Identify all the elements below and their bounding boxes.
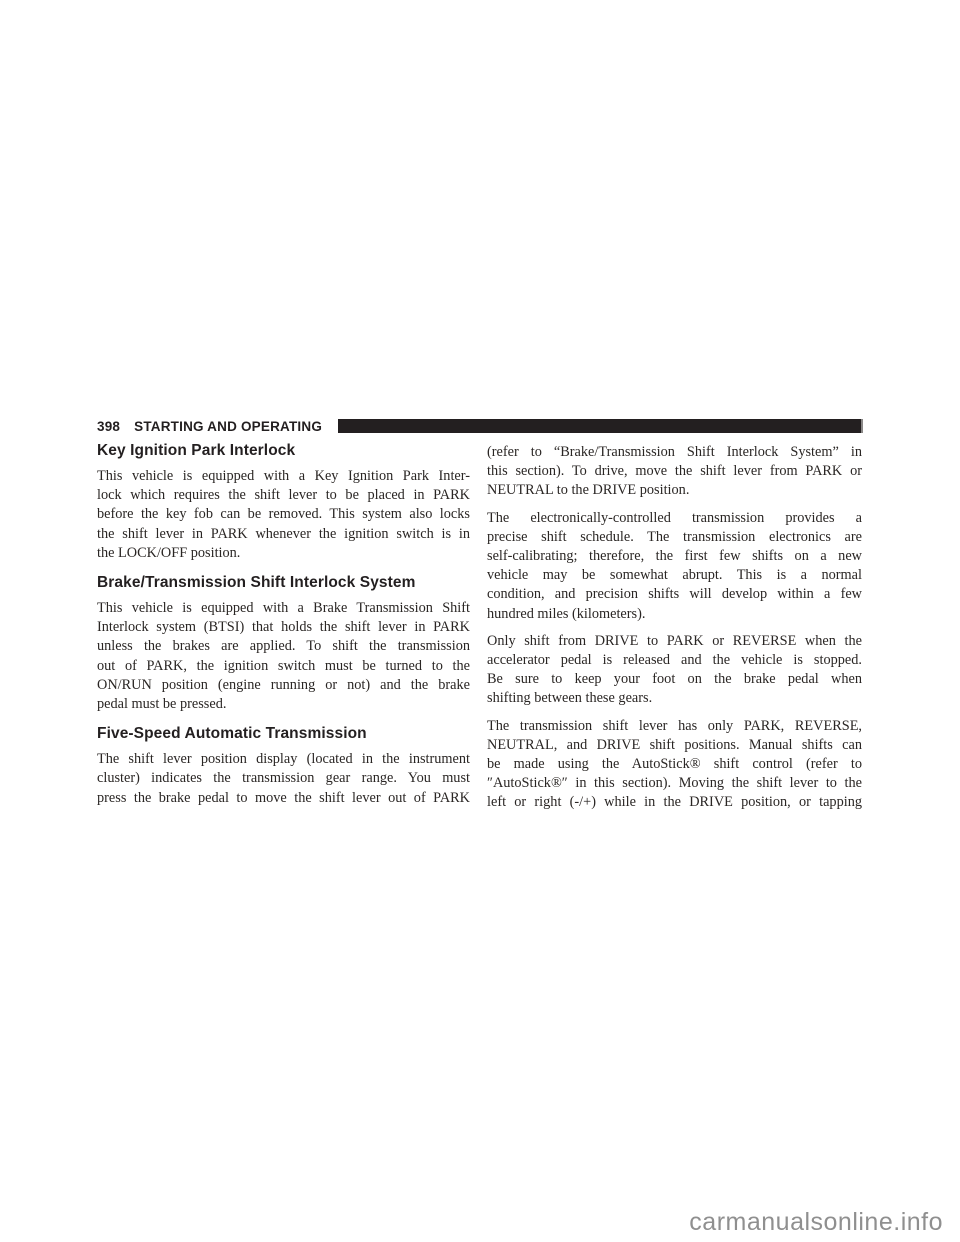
paragraph: (refer to “Brake/Transmission Shift Inte… [487, 443, 862, 501]
text-line: (refer to “Brake/Transmission Shift Inte… [487, 443, 862, 462]
section-title: STARTING AND OPERATING [134, 419, 322, 434]
text-line: ″AutoStick®″ in this section). Moving th… [487, 774, 862, 793]
text-line: out of PARK, the ignition switch must be… [97, 657, 470, 676]
section-heading: Five-Speed Automatic Transmission [97, 724, 470, 743]
text-line: accelerator pedal is released and the ve… [487, 651, 862, 670]
watermark-text: carmanualsonline.info [689, 1208, 943, 1237]
text-line: cluster) indicates the transmission gear… [97, 769, 470, 788]
text-line: left or right (-/+) while in the DRIVE p… [487, 793, 862, 812]
text-line: lock which requires the shift lever to b… [97, 486, 470, 505]
page-number: 398 [97, 419, 120, 434]
text-line: unless the brakes are applied. To shift … [97, 637, 470, 656]
text-line: Interlock system (BTSI) that holds the s… [97, 618, 470, 637]
text-line: NEUTRAL to the DRIVE position. [487, 481, 862, 500]
text-line: vehicle may be somewhat abrupt. This is … [487, 566, 862, 585]
text-line: Only shift from DRIVE to PARK or REVERSE… [487, 632, 862, 651]
text-line: precise shift schedule. The transmission… [487, 528, 862, 547]
text-line: the shift lever in PARK whenever the ign… [97, 525, 470, 544]
paragraph: The shift lever position display (locate… [97, 750, 470, 808]
text-line: the LOCK/OFF position. [97, 544, 470, 563]
text-line: press the brake pedal to move the shift … [97, 789, 470, 808]
paragraph: The transmission shift lever has only PA… [487, 717, 862, 813]
paragraph: This vehicle is equipped with a Key Igni… [97, 467, 470, 563]
text-line: Be sure to keep your foot on the brake p… [487, 670, 862, 689]
text-line: NEUTRAL, and DRIVE shift positions. Manu… [487, 736, 862, 755]
right-column: (refer to “Brake/Transmission Shift Inte… [487, 441, 862, 813]
text-line: before the key fob can be removed. This … [97, 505, 470, 524]
text-line: be made using the AutoStick® shift contr… [487, 755, 862, 774]
paragraph: Only shift from DRIVE to PARK or REVERSE… [487, 632, 862, 709]
text-line: This vehicle is equipped with a Brake Tr… [97, 599, 470, 618]
paragraph: The electronically-controlled transmissi… [487, 509, 862, 624]
text-line: ON/RUN position (engine running or not) … [97, 676, 470, 695]
manual-page: 398 STARTING AND OPERATING Key Ignition … [0, 0, 960, 1242]
header-rule-bar [338, 419, 863, 433]
text-line: shifting between these gears. [487, 689, 862, 708]
text-line: self-calibrating; therefore, the first f… [487, 547, 862, 566]
left-column: Key Ignition Park InterlockThis vehicle … [97, 441, 470, 808]
section-heading: Brake/Transmission Shift Interlock Syste… [97, 573, 470, 592]
text-line: This vehicle is equipped with a Key Igni… [97, 467, 470, 486]
text-line: The transmission shift lever has only PA… [487, 717, 862, 736]
page-header: 398 STARTING AND OPERATING [97, 418, 863, 434]
text-line: The electronically-controlled transmissi… [487, 509, 862, 528]
section-heading: Key Ignition Park Interlock [97, 441, 470, 460]
text-line: this section). To drive, move the shift … [487, 462, 862, 481]
text-line: hundred miles (kilometers). [487, 605, 862, 624]
text-line: pedal must be pressed. [97, 695, 470, 714]
text-line: The shift lever position display (locate… [97, 750, 470, 769]
paragraph: This vehicle is equipped with a Brake Tr… [97, 599, 470, 714]
text-line: condition, and precision shifts will dev… [487, 585, 862, 604]
